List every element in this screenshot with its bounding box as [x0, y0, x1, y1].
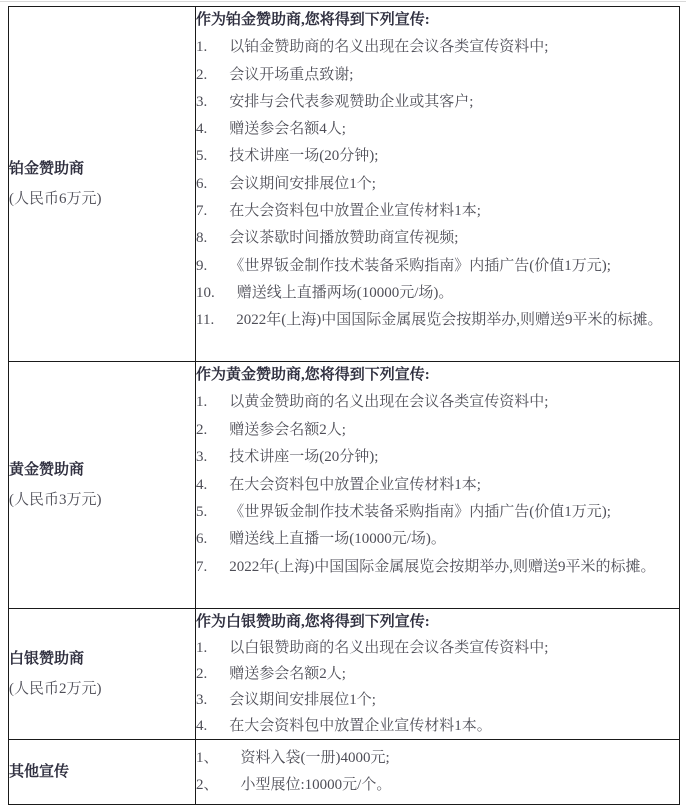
benefit-item: 6.赠送线上直播一场(10000元/场)。	[196, 526, 679, 553]
item-text: 在大会资料包中放置企业宣传材料1本;	[229, 477, 481, 493]
benefit-item: 7.2022年(上海)中国国际金属展览会按期举办,则赠送9平米的标摊。	[196, 554, 679, 581]
item-text: 安排与会代表参观赞助企业或其客户;	[229, 94, 473, 110]
other-benefits-cell: 1、资料入袋(一册)4000元; 2、小型展位:10000元/个。	[196, 740, 680, 805]
item-text: 以黄金赞助商的名义出现在会议各类宣传资料中;	[229, 394, 548, 410]
item-text: 技术讲座一场(20分钟);	[229, 148, 378, 164]
benefit-item: 8.会议茶歇时间播放赞助商宣传视频;	[196, 225, 679, 252]
item-number: 4.	[196, 477, 207, 493]
benefit-item: 11.2022年(上海)中国国际金属展览会按期举办,则赠送9平米的标摊。	[196, 307, 679, 334]
benefit-item: 4.在大会资料包中放置企业宣传材料1本;	[196, 472, 679, 499]
tier-name: 其他宣传	[9, 757, 195, 787]
item-text: 2022年(上海)中国国际金属展览会按期举办,则赠送9平米的标摊。	[236, 312, 662, 328]
benefit-item: 2.会议开场重点致谢;	[196, 62, 679, 89]
item-text: 在大会资料包中放置企业宣传材料1本。	[229, 718, 492, 734]
item-number: 2、	[196, 777, 219, 793]
benefits-header: 作为白银赞助商,您将得到下列宣传:	[196, 609, 679, 635]
tier-price: (人民币2万元)	[9, 674, 195, 704]
item-number: 2.	[196, 67, 207, 83]
item-number: 5.	[196, 148, 207, 164]
platinum-tier-cell: 铂金赞助商 (人民币6万元)	[9, 7, 196, 362]
platinum-row: 铂金赞助商 (人民币6万元) 作为铂金赞助商,您将得到下列宣传: 1.以铂金赞助…	[9, 7, 680, 362]
benefit-item: 5.《世界钣金制作技术装备采购指南》内插广告(价值1万元);	[196, 499, 679, 526]
benefit-item: 2.赠送参会名额2人;	[196, 661, 679, 687]
item-number: 3.	[196, 692, 207, 708]
page-top-rule	[0, 1, 686, 2]
item-text: 资料入袋(一册)4000元;	[241, 750, 390, 766]
benefit-item: 1、资料入袋(一册)4000元;	[196, 745, 679, 772]
item-number: 1.	[196, 39, 207, 55]
benefit-item: 4.在大会资料包中放置企业宣传材料1本。	[196, 713, 679, 739]
item-text: 《世界钣金制作技术装备采购指南》内插广告(价值1万元);	[229, 504, 611, 520]
benefit-item: 10.赠送线上直播两场(10000元/场)。	[196, 280, 679, 307]
item-text: 技术讲座一场(20分钟);	[229, 449, 378, 465]
item-number: 9.	[196, 258, 207, 274]
item-text: 会议茶歇时间播放赞助商宣传视频;	[229, 230, 458, 246]
benefits-header: 作为铂金赞助商,您将得到下列宣传:	[196, 7, 679, 34]
item-text: 会议期间安排展位1个;	[229, 176, 376, 192]
item-text: 2022年(上海)中国国际金属展览会按期举办,则赠送9平米的标摊。	[229, 559, 655, 575]
item-number: 1.	[196, 640, 207, 656]
benefit-item: 6.会议期间安排展位1个;	[196, 171, 679, 198]
gold-benefits-cell: 作为黄金赞助商,您将得到下列宣传: 1.以黄金赞助商的名义出现在会议各类宣传资料…	[196, 362, 680, 609]
tier-name: 白银赞助商	[9, 644, 195, 674]
tier-price: (人民币6万元)	[9, 184, 195, 214]
item-number: 1、	[196, 750, 219, 766]
item-text: 赠送参会名额2人;	[229, 666, 346, 682]
tier-name: 铂金赞助商	[9, 154, 195, 184]
item-number: 2.	[196, 666, 207, 682]
benefit-item: 1.以白银赞助商的名义出现在会议各类宣传资料中;	[196, 635, 679, 661]
item-number: 4.	[196, 121, 207, 137]
benefit-item: 5.技术讲座一场(20分钟);	[196, 143, 679, 170]
benefit-item: 1.以黄金赞助商的名义出现在会议各类宣传资料中;	[196, 389, 679, 416]
item-number: 2.	[196, 422, 207, 438]
item-text: 赠送线上直播一场(10000元/场)。	[229, 531, 446, 547]
benefit-item: 2.赠送参会名额2人;	[196, 417, 679, 444]
benefit-item: 3.会议期间安排展位1个;	[196, 687, 679, 713]
benefit-item: 3.安排与会代表参观赞助企业或其客户;	[196, 89, 679, 116]
item-number: 8.	[196, 230, 207, 246]
benefit-item: 3.技术讲座一场(20分钟);	[196, 444, 679, 471]
benefit-item: 4.赠送参会名额4人;	[196, 116, 679, 143]
silver-benefits-cell: 作为白银赞助商,您将得到下列宣传: 1.以白银赞助商的名义出现在会议各类宣传资料…	[196, 609, 680, 740]
item-text: 会议开场重点致谢;	[229, 67, 353, 83]
tier-name: 黄金赞助商	[9, 455, 195, 485]
item-text: 赠送参会名额2人;	[229, 422, 346, 438]
other-tier-cell: 其他宣传	[9, 740, 196, 805]
item-text: 以铂金赞助商的名义出现在会议各类宣传资料中;	[229, 39, 548, 55]
item-number: 1.	[196, 394, 207, 410]
item-text: 赠送线上直播两场(10000元/场)。	[237, 285, 454, 301]
item-number: 6.	[196, 176, 207, 192]
item-number: 10.	[196, 285, 215, 301]
benefit-item: 9.《世界钣金制作技术装备采购指南》内插广告(价值1万元);	[196, 253, 679, 280]
benefits-header: 作为黄金赞助商,您将得到下列宣传:	[196, 362, 679, 389]
tier-price: (人民币3万元)	[9, 485, 195, 515]
item-text: 会议期间安排展位1个;	[229, 692, 376, 708]
item-number: 11.	[196, 312, 214, 328]
benefit-item: 1.以铂金赞助商的名义出现在会议各类宣传资料中;	[196, 34, 679, 61]
benefit-item: 7.在大会资料包中放置企业宣传材料1本;	[196, 198, 679, 225]
item-number: 7.	[196, 203, 207, 219]
item-number: 3.	[196, 449, 207, 465]
other-row: 其他宣传 1、资料入袋(一册)4000元; 2、小型展位:10000元/个。	[9, 740, 680, 805]
gold-tier-cell: 黄金赞助商 (人民币3万元)	[9, 362, 196, 609]
item-number: 4.	[196, 718, 207, 734]
gold-row: 黄金赞助商 (人民币3万元) 作为黄金赞助商,您将得到下列宣传: 1.以黄金赞助…	[9, 362, 680, 609]
benefit-item: 2、小型展位:10000元/个。	[196, 772, 679, 799]
item-text: 在大会资料包中放置企业宣传材料1本;	[229, 203, 481, 219]
item-text: 赠送参会名额4人;	[229, 121, 346, 137]
platinum-benefits-cell: 作为铂金赞助商,您将得到下列宣传: 1.以铂金赞助商的名义出现在会议各类宣传资料…	[196, 7, 680, 362]
item-number: 3.	[196, 94, 207, 110]
item-text: 《世界钣金制作技术装备采购指南》内插广告(价值1万元);	[229, 258, 611, 274]
item-number: 6.	[196, 531, 207, 547]
item-text: 小型展位:10000元/个。	[241, 777, 392, 793]
silver-row: 白银赞助商 (人民币2万元) 作为白银赞助商,您将得到下列宣传: 1.以白银赞助…	[9, 609, 680, 740]
item-number: 5.	[196, 504, 207, 520]
sponsorship-table: 铂金赞助商 (人民币6万元) 作为铂金赞助商,您将得到下列宣传: 1.以铂金赞助…	[8, 6, 680, 805]
silver-tier-cell: 白银赞助商 (人民币2万元)	[9, 609, 196, 740]
item-number: 7.	[196, 559, 207, 575]
item-text: 以白银赞助商的名义出现在会议各类宣传资料中;	[229, 640, 548, 656]
